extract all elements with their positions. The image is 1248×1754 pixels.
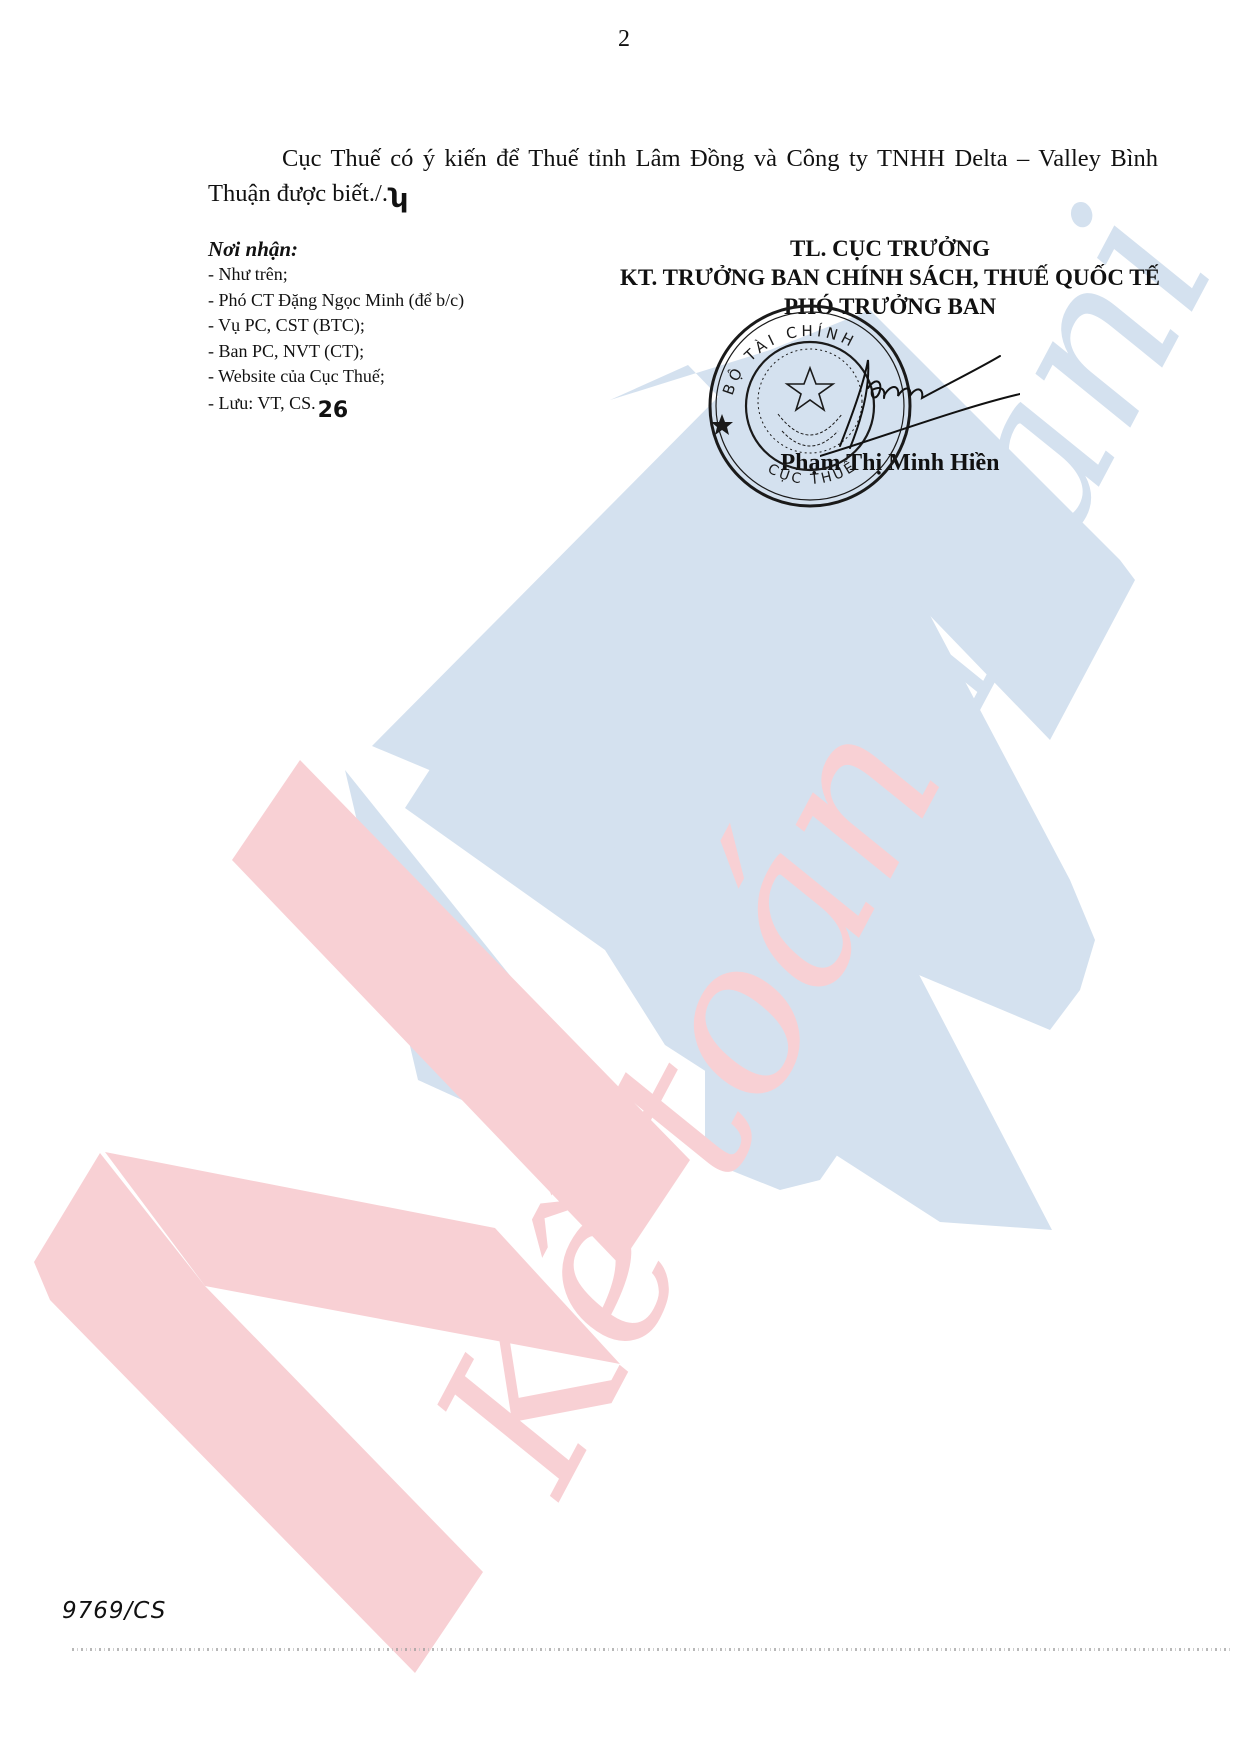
signature-line-2: KT. TRƯỞNG BAN CHÍNH SÁCH, THUẾ QUỐC TẾ: [560, 263, 1220, 292]
watermark-logo: [34, 310, 1135, 1673]
handwritten-signature: [820, 348, 1020, 458]
recipient-item: - Lưu: VT, CS.26: [208, 390, 548, 417]
recipient-item: - Ban PC, NVT (CT);: [208, 339, 548, 365]
handwritten-reference-number: 9769/CS: [62, 1598, 166, 1624]
recipient-item: - Phó CT Đặng Ngọc Minh (để b/c): [208, 288, 548, 314]
signature-line-1: TL. CỤC TRƯỞNG: [560, 234, 1220, 263]
recipient-item: - Vụ PC, CST (BTC);: [208, 313, 548, 339]
svg-text:CỤC THUẾ: CỤC THUẾ: [765, 456, 860, 489]
body-paragraph-text: Cục Thuế có ý kiến để Thuế tỉnh Lâm Đồng…: [208, 145, 1158, 207]
scan-footer-line: [72, 1648, 1232, 1651]
recipient-item: - Website của Cục Thuế;: [208, 364, 548, 390]
body-paragraph: Cục Thuế có ý kiến để Thuế tỉnh Lâm Đồng…: [208, 142, 1158, 211]
stamp-text-bottom: CỤC THUẾ: [765, 456, 860, 489]
handwritten-count: 26: [318, 398, 349, 423]
page-number: 2: [0, 26, 1248, 53]
recipients-list: - Như trên; - Phó CT Đặng Ngọc Minh (để …: [208, 262, 548, 416]
recipient-item-text: - Lưu: VT, CS.: [208, 393, 316, 413]
recipients-title: Nơi nhận:: [208, 236, 548, 262]
handwritten-initial-mark: ʮ: [390, 184, 408, 214]
recipients-block: Nơi nhận: - Như trên; - Phó CT Đặng Ngọc…: [208, 236, 548, 416]
recipient-item: - Như trên;: [208, 262, 548, 288]
